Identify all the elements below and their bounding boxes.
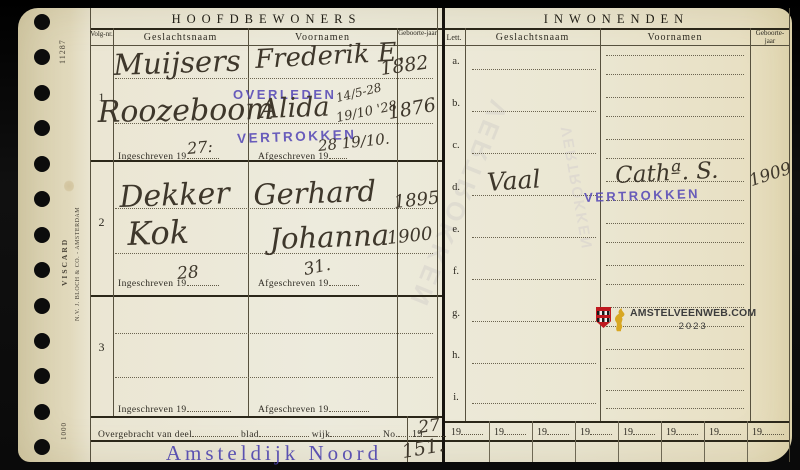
writing-line — [606, 97, 744, 98]
writing-line — [115, 333, 433, 334]
dotted-leader — [461, 425, 483, 435]
section-divider — [442, 8, 445, 462]
grid-line — [90, 416, 443, 418]
row-letter: h. — [448, 350, 464, 361]
row-letter: i. — [448, 392, 464, 403]
afgeschreven-text: Afgeschreven 19 — [258, 279, 329, 289]
serial-number-top: 11287 — [58, 12, 67, 64]
overgebracht-line: Overgebracht van deel blad wijk No. — [98, 427, 446, 440]
handwritten-surname: Dekker — [119, 176, 230, 215]
ingeschreven-text: Ingeschreven 19 — [118, 152, 187, 162]
year-cell: 19 — [752, 425, 784, 438]
binder-hole — [34, 49, 50, 65]
handwritten-surname: Kok — [127, 213, 190, 253]
handwritten-surname: Roozeboom — [97, 92, 274, 130]
binder-hole — [34, 333, 50, 349]
binder-hole — [34, 404, 50, 420]
watermark-site: AMSTELVEENWEB.COM — [630, 307, 756, 319]
grid-line — [661, 421, 662, 462]
row-number: 2 — [90, 215, 113, 230]
grid-line — [90, 295, 443, 297]
year-cell: 19 — [666, 425, 698, 438]
scan-background: 11287 VISCARD N.V. J. BLOCH & CO. - AMST… — [0, 0, 800, 470]
row-letter: e. — [448, 224, 464, 235]
year-cell: 19 — [451, 425, 483, 438]
lion-icon — [612, 307, 626, 333]
row-letter: c. — [448, 140, 464, 151]
handwritten-firstnames: Gerhard — [253, 174, 377, 212]
dotted-leader — [590, 425, 612, 435]
handwritten-surname: Muijsers — [113, 44, 242, 82]
blad-text: blad — [241, 430, 259, 440]
handwritten-year: 1895 — [393, 187, 441, 213]
binder-hole — [34, 227, 50, 243]
row-letter: g. — [448, 308, 464, 319]
grid-line — [90, 28, 790, 30]
header-birthyear-left: Geboorte-jaar — [398, 29, 437, 37]
row-letter: a. — [448, 56, 464, 67]
handwritten-ingeschreven-year: 28 — [176, 262, 199, 284]
grid-line — [397, 28, 398, 416]
dotted-leader — [633, 425, 655, 435]
grid-line — [704, 421, 705, 462]
dotted-leader — [187, 402, 231, 412]
dotted-leader — [192, 427, 238, 437]
binder-hole — [34, 191, 50, 207]
no-text: No. — [383, 430, 398, 440]
binder-hole — [34, 120, 50, 136]
writing-line — [472, 69, 596, 70]
dotted-leader — [259, 427, 309, 437]
dotted-leader — [547, 425, 569, 435]
afgeschreven-text: Afgeschreven 19 — [258, 405, 329, 415]
grid-line — [575, 421, 576, 462]
writing-line — [472, 237, 596, 238]
grid-line — [90, 8, 91, 462]
dotted-leader — [329, 402, 369, 412]
handwritten-firstnames: Johanna — [269, 218, 390, 256]
inwonende-row: a. — [446, 45, 790, 87]
handwritten-surname: Vaal — [486, 164, 541, 197]
writing-line — [606, 223, 744, 224]
binder-hole — [34, 298, 50, 314]
dotted-leader — [676, 425, 698, 435]
ingeschreven-text: Ingeschreven 19 — [118, 405, 187, 415]
dotted-leader — [719, 425, 741, 435]
handwritten-firstnames: Alida — [259, 92, 330, 125]
grid-line — [443, 421, 790, 423]
right-section-title: INWONENDEN — [443, 12, 790, 27]
afgeschreven-label: Afgeschreven 19 — [258, 402, 369, 415]
header-surname-right: Geslachtsnaam — [465, 32, 600, 43]
dotted-leader — [762, 425, 784, 435]
dotted-leader — [330, 427, 380, 437]
inwonende-row: i. — [446, 381, 790, 420]
binder-hole — [34, 85, 50, 101]
writing-line — [606, 74, 744, 75]
grid-line — [532, 421, 533, 462]
grid-line — [489, 421, 490, 462]
dotted-leader — [504, 425, 526, 435]
left-section-title: HOOFDBEWONERS — [90, 12, 443, 27]
grid-line — [618, 421, 619, 462]
serial-number-bottom: 1000 — [60, 396, 68, 440]
inwonende-row: f. — [446, 255, 790, 297]
street-stamp: Amsteldijk Noord — [143, 441, 405, 466]
header-lett: Lett. — [443, 33, 465, 43]
binder-hole — [34, 14, 50, 30]
amstelveen-coat-of-arms-icon — [596, 307, 611, 328]
row-number: 3 — [90, 340, 113, 355]
watermark: AMSTELVEENWEB.COM 2023 — [596, 307, 756, 333]
ingeschreven-label: Ingeschreven 19 — [118, 402, 231, 415]
dotted-leader — [329, 276, 359, 286]
binder-hole — [34, 156, 50, 172]
wijk-text: wijk — [312, 430, 331, 440]
watermark-year: 2023 — [630, 321, 756, 332]
grid-line — [437, 8, 438, 416]
grid-line — [113, 28, 114, 416]
inwonende-row: b. — [446, 87, 790, 129]
year-cell: 19 — [494, 425, 526, 438]
vertrokken-stamp: VERTROKKEN — [584, 186, 700, 205]
writing-line — [472, 321, 596, 322]
writing-line — [472, 363, 596, 364]
inwonende-row: e. — [446, 213, 790, 255]
year-cell: 19 — [537, 425, 569, 438]
overgebracht-text: Overgebracht van deel — [98, 430, 192, 440]
paper-stain — [64, 180, 74, 192]
row-letter: d. — [448, 182, 464, 193]
binder-hole — [34, 439, 50, 455]
year-cell: 19 — [580, 425, 612, 438]
year-cell: 19 — [623, 425, 655, 438]
writing-line — [606, 368, 744, 369]
binder-hole — [34, 262, 50, 278]
header-surname-left: Geslachtsnaam — [113, 32, 248, 43]
ingeschreven-label: Ingeschreven 19 — [118, 276, 219, 289]
writing-line — [606, 390, 744, 391]
header-birthyear-right: Geboorte-jaar — [751, 29, 789, 46]
writing-line — [606, 139, 744, 140]
grid-line — [747, 421, 748, 462]
handwritten-year: 1900 — [386, 223, 434, 249]
writing-line — [606, 265, 744, 266]
year-cell: 19 — [709, 425, 741, 438]
watermark-text: AMSTELVEENWEB.COM 2023 — [630, 307, 756, 332]
writing-line — [606, 55, 744, 56]
row-letter: f. — [448, 266, 464, 277]
writing-line — [472, 279, 596, 280]
writing-line — [472, 403, 596, 404]
writing-line — [606, 242, 744, 243]
writing-line — [606, 116, 744, 117]
printer-brand: VISCARD — [60, 206, 69, 286]
inwonende-row: d. Vaal Cathª. S. 1909 VERTROKKEN — [446, 171, 790, 213]
handwritten-date: 14/5-28 — [335, 80, 383, 105]
writing-line — [606, 284, 744, 285]
handwritten-firstnames: Cathª. S. — [615, 158, 719, 189]
writing-line — [606, 408, 744, 409]
registration-card: 11287 VISCARD N.V. J. BLOCH & CO. - AMST… — [18, 8, 792, 462]
writing-line — [115, 377, 433, 378]
handwritten-ingeschreven-year: 27: — [186, 137, 213, 158]
printer-info: N.V. J. BLOCH & CO. - AMSTERDAM — [75, 166, 81, 321]
header-volgnr: Volg-nr. — [90, 30, 113, 38]
inwonende-row: h. — [446, 339, 790, 381]
binder-hole — [34, 368, 50, 384]
ingeschreven-text: Ingeschreven 19 — [118, 279, 187, 289]
header-firstnames-right: Voornamen — [600, 32, 750, 43]
row-letter: b. — [448, 98, 464, 109]
writing-line — [606, 349, 744, 350]
writing-line — [472, 153, 596, 154]
writing-line — [472, 111, 596, 112]
